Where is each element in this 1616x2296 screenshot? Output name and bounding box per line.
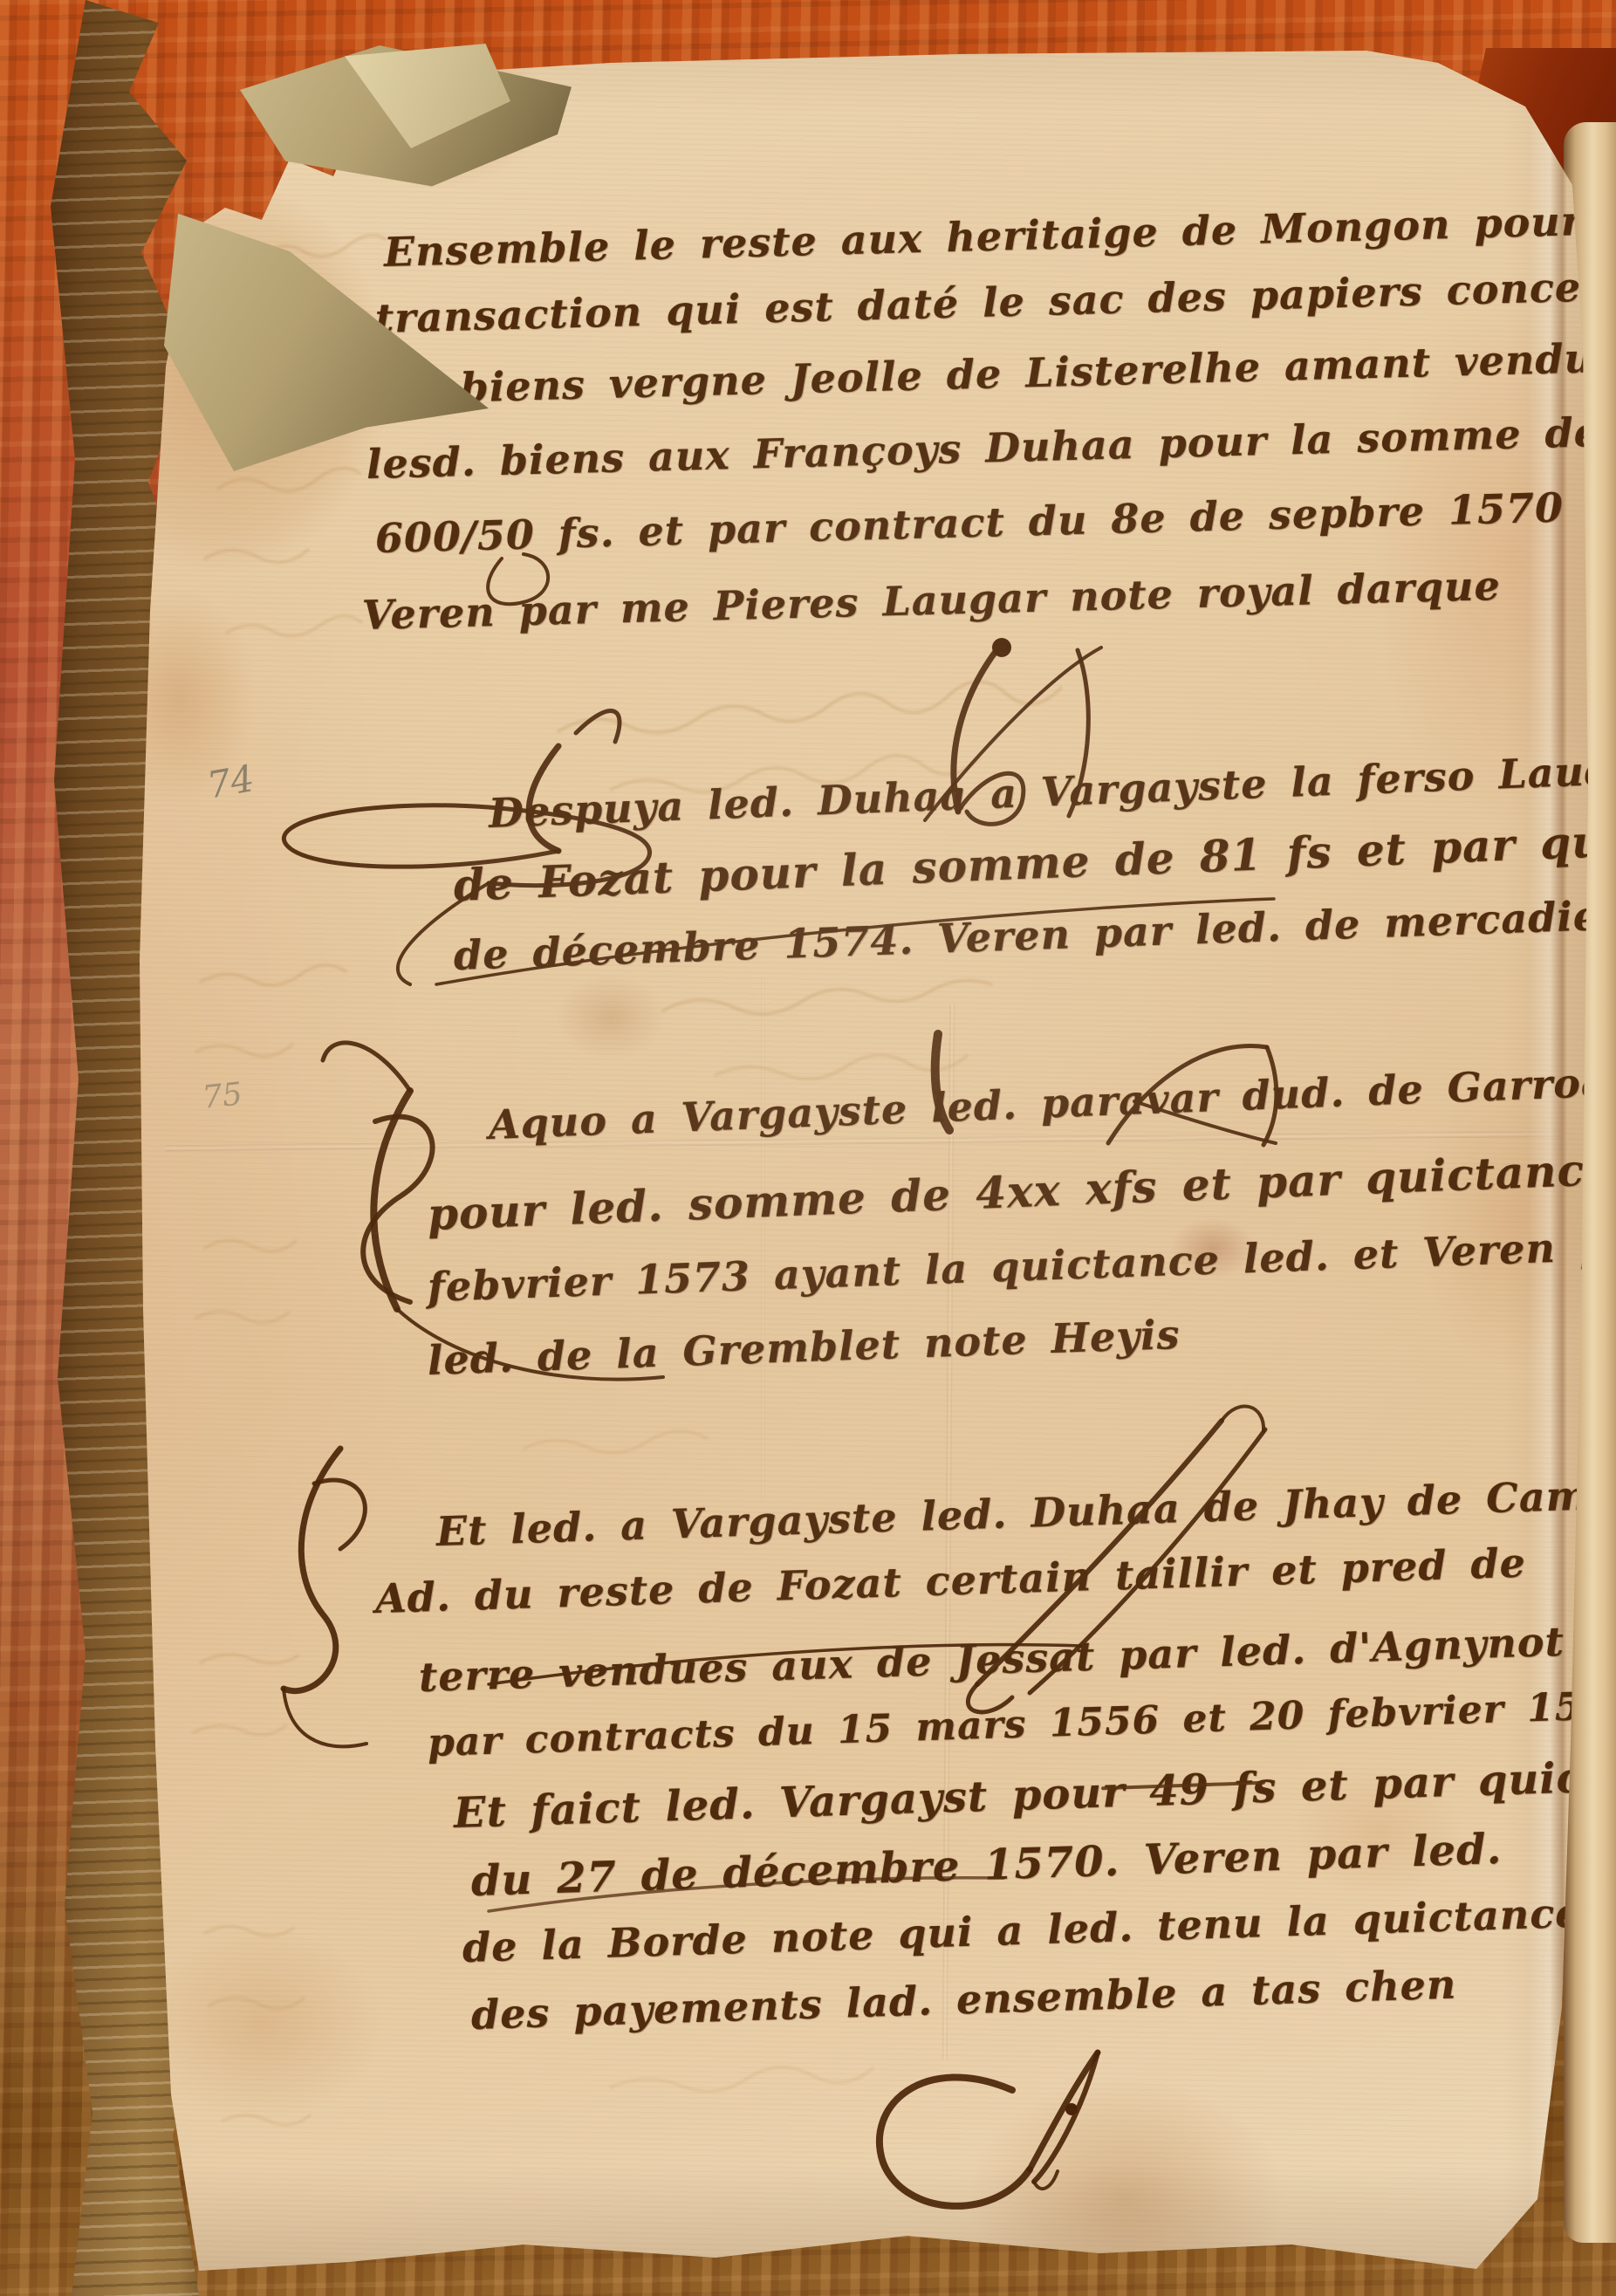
manuscript-line: led. de la Gremblet note Heyis <box>427 1311 1181 1384</box>
vertical-fold-crease-faint <box>761 977 765 1501</box>
manuscript-line: Aquo a Vargayste led. paravar dud. de Ga… <box>488 1056 1616 1148</box>
manuscript-line: febvrier 1573 ayant la quictance led. et… <box>427 1221 1616 1311</box>
manuscript-line: lesd. biens aux Françoys Duhaa pour la s… <box>366 408 1600 488</box>
manuscript-line: de la Borde note qui a led. tenu la quic… <box>462 1889 1582 1971</box>
manuscript-line: Veren par me Pieres Laugar note royal da… <box>361 562 1501 639</box>
manuscript-line: des payements lad. ensemble a tas chen <box>470 1961 1457 2039</box>
photo-scene: Ensemble le reste aux heritaige de Mongo… <box>0 0 1616 2296</box>
signature-paraph <box>880 2046 1098 2206</box>
initial-entry-4 <box>284 1449 366 1746</box>
manuscript-line: transaction qui est daté le sac des papi… <box>374 260 1616 342</box>
manuscript-line: Et faict led. Vargayst pour 49 fs et par… <box>453 1750 1616 1838</box>
folio-number-pencil: 74 <box>204 757 257 807</box>
folio-number-pencil-lower: 75 <box>201 1076 244 1116</box>
manuscript-line: les biens vergne Jeolle de Listerelhe am… <box>370 334 1594 414</box>
manuscript-line: du 27 de décembre 1570. Veren par led. <box>470 1825 1503 1906</box>
manuscript-line: par contracts du 15 mars 1556 et 20 febv… <box>427 1683 1616 1765</box>
manuscript-line: terre vendues aux de Jessat par led. d'A… <box>418 1618 1565 1701</box>
manuscript-line: 600/50 fs. et par contract du 8e de sepb… <box>374 480 1616 562</box>
manuscript-line: Ensemble le reste aux heritaige de Mongo… <box>383 197 1583 276</box>
manuscript-line: pour led. somme de 4xx xfs et par quicta… <box>427 1134 1616 1240</box>
